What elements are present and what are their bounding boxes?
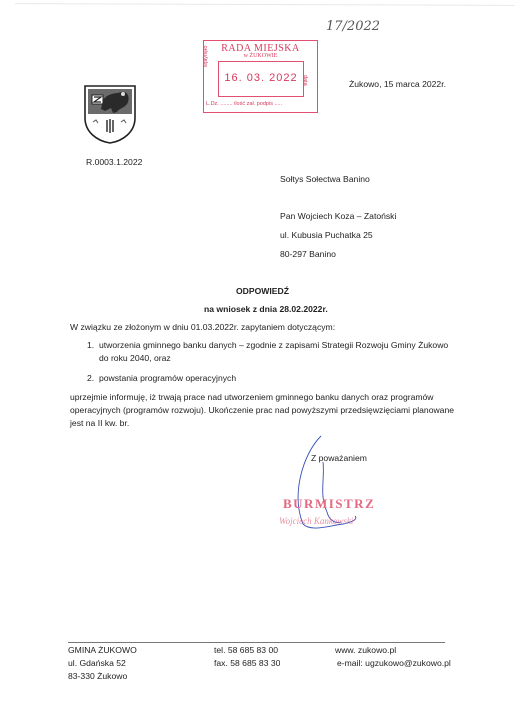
list-item-number: 2.	[87, 373, 94, 383]
footer-street: ul. Gdańska 52	[68, 658, 126, 668]
list-item-text: utworzenia gminnego banku danych – zgodn…	[99, 340, 448, 350]
stamp-subtitle: w ŻUKOWIE	[204, 53, 317, 59]
recipient-city: 80-297 Banino	[280, 249, 336, 259]
letter-heading: ODPOWIEDŹ	[236, 286, 289, 296]
footer-tel: tel. 58 685 83 00	[214, 645, 278, 655]
letter-subheading: na wniosek z dnia 28.02.2022r.	[204, 304, 328, 314]
stamp-footer: L.Dz. ........ ilość zał. podpis .....	[206, 101, 282, 107]
received-stamp: RADA MIEJSKA w ŻUKOWIE wpłynęło 16. 03. …	[203, 40, 318, 113]
footer-divider	[68, 642, 445, 643]
registry-mark: 17/2022	[326, 19, 380, 34]
list-item-text-cont: do roku 2040, oraz	[99, 353, 171, 363]
place-date: Żukowo, 15 marca 2022r.	[349, 79, 446, 89]
coat-of-arms-icon	[83, 84, 137, 144]
stamp-date-box: 16. 03. 2022	[218, 61, 304, 97]
list-item-number: 1.	[87, 340, 94, 350]
footer-fax: fax. 58 685 83 30	[214, 658, 280, 668]
stamp-date: 16. 03. 2022	[219, 72, 303, 84]
closing-phrase: Z poważaniem	[311, 453, 367, 463]
body-line: uprzejmie informuję, iż trwają prace nad…	[70, 392, 434, 402]
list-item-text: powstania programów operacyjnych	[99, 373, 236, 383]
footer-website-link[interactable]: www. zukowo.pl	[335, 645, 396, 655]
recipient-title: Sołtys Sołectwa Banino	[280, 174, 370, 184]
body-line: jest na II kw. br.	[70, 418, 129, 428]
body-line: operacyjnych (programów rozwoju). Ukończ…	[70, 405, 454, 415]
footer-email-link[interactable]: e-mail: ugzukowo@zukowo.pl	[337, 658, 451, 668]
footer-city: 83-330 Żukowo	[68, 671, 127, 681]
footer-org: GMINA ŻUKOWO	[68, 645, 137, 655]
stamp-left-label: wpłynęło	[203, 46, 209, 67]
reference-number: R.0003.1.2022	[86, 157, 142, 167]
recipient-street: ul. Kubusia Puchatka 25	[280, 230, 373, 240]
signature-title-stamp: BURMISTRZ	[283, 496, 375, 512]
stamp-right-label: data	[302, 75, 308, 86]
scan-edge-line	[15, 3, 515, 6]
signature-name-stamp: Wojciech Kankowski	[279, 516, 353, 526]
recipient-name: Pan Wojciech Koza – Zatoński	[280, 211, 396, 221]
letter-intro: W związku ze złożonym w dniu 01.03.2022r…	[70, 322, 335, 332]
